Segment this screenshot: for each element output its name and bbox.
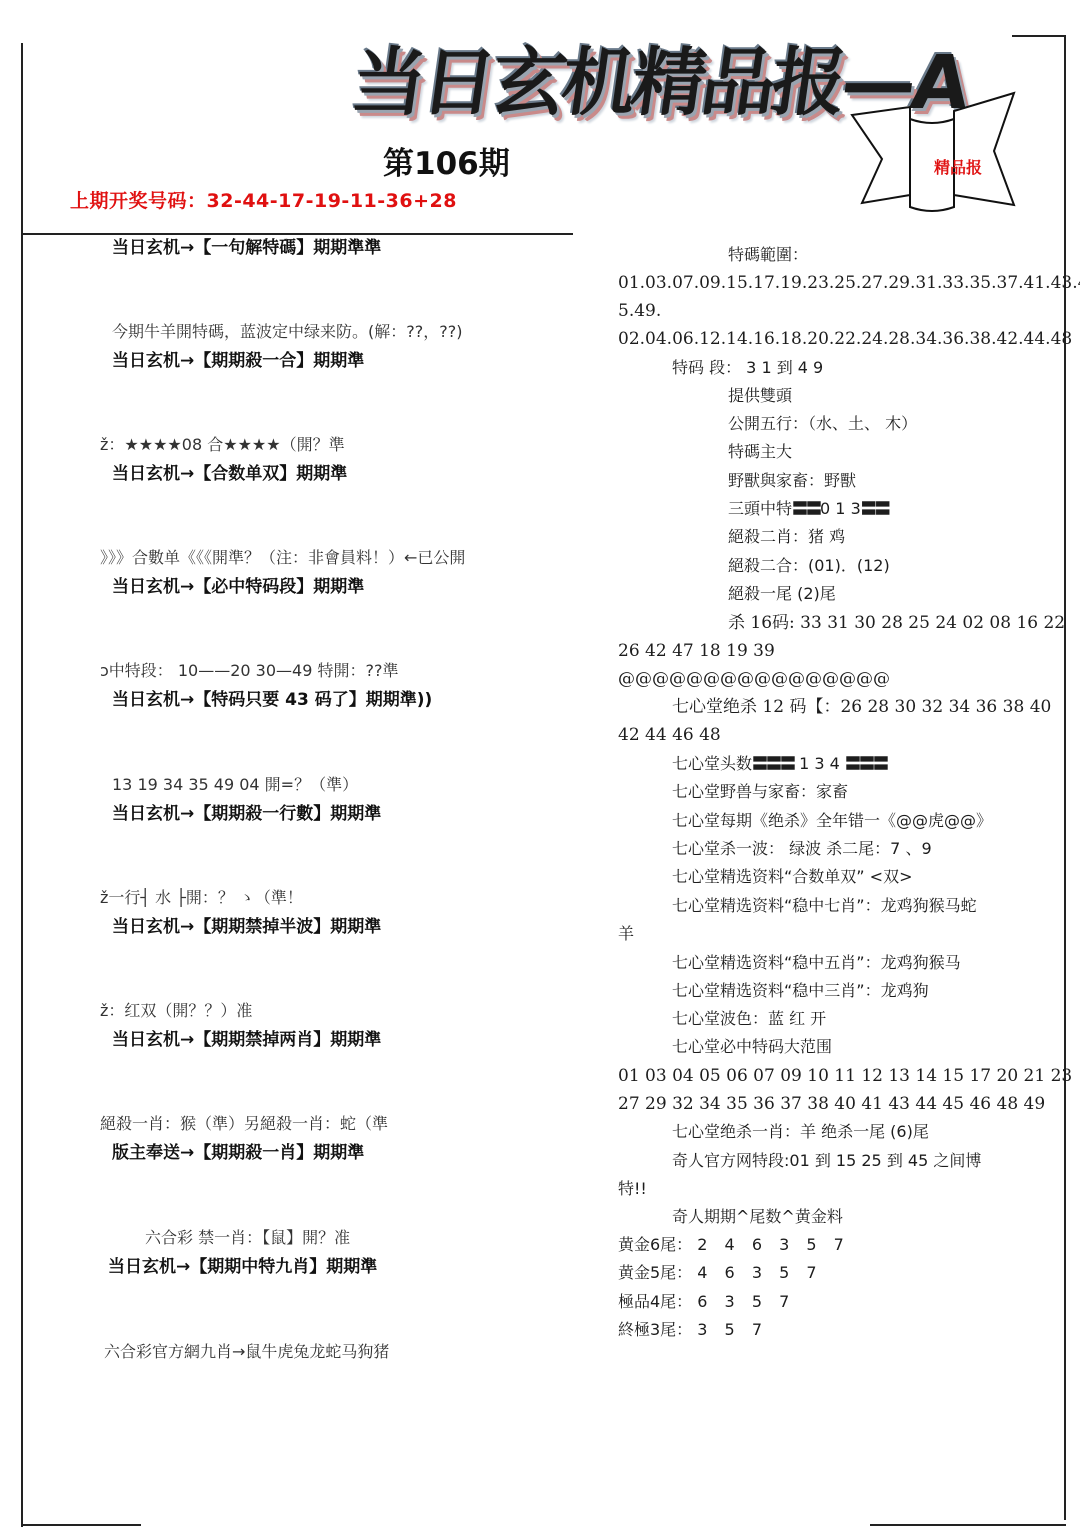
range-line: 01.03.07.09.15.17.19.23.25.27.29.31.33.3… bbox=[618, 271, 1080, 295]
kill16-line: 26 42 47 18 19 39 bbox=[618, 639, 775, 663]
left-item-note: 六合彩 禁一肖：【鼠】開？准 bbox=[145, 1226, 350, 1250]
qxt-odd-even: 七心堂精选资料“合数单双” <双> bbox=[672, 865, 912, 889]
qxt-three: 七心堂精选资料“稳中三肖”：龙鸡狗 bbox=[672, 979, 929, 1003]
left-item-note: 六合彩官方網九肖→鼠牛虎兔龙蛇马狗猪 bbox=[104, 1340, 389, 1364]
tail-value: 6 3 5 7 bbox=[697, 1292, 795, 1311]
left-item-note: ž：红双（開？？）准 bbox=[100, 999, 252, 1023]
left-item-title: 当日玄机→【一句解特碼】期期準準 bbox=[112, 236, 381, 260]
left-item-title: 当日玄机→【期期殺一行數】期期準 bbox=[112, 802, 381, 826]
qiren-segment: 奇人官方网特段:01 到 15 25 到 45 之间博 bbox=[672, 1149, 981, 1173]
tail-label: 極品4尾： bbox=[618, 1292, 692, 1311]
left-item-note: 今期牛羊開特碼，蓝波定中绿来防。(解：??，??) bbox=[112, 320, 462, 344]
kill-one-tail: 絕殺一尾 (2)尾 bbox=[728, 582, 836, 606]
head-number: 七心堂头数〓〓〓 1 3 4 〓〓〓 bbox=[672, 752, 887, 776]
frame-left-border bbox=[21, 43, 23, 1527]
header-divider bbox=[21, 233, 573, 235]
five-elements: 公開五行：（水、土、 木） bbox=[728, 412, 917, 436]
tail-value: 4 6 3 5 7 bbox=[697, 1263, 822, 1282]
frame-bottom-left-border bbox=[21, 1524, 141, 1526]
three-heads-value: 0 1 3 bbox=[820, 499, 861, 518]
segment: 特码 段： 3 1 到 4 9 bbox=[672, 356, 823, 380]
tail-row: 終極3尾： 3 5 7 bbox=[618, 1318, 768, 1342]
scroll-banner-icon bbox=[848, 85, 1018, 225]
tail-label: 黄金6尾： bbox=[618, 1235, 692, 1254]
frame-top-right-border bbox=[1012, 35, 1064, 37]
left-item-title: 当日玄机→【合数单双】期期準 bbox=[112, 462, 347, 486]
main-size: 特碼主大 bbox=[728, 440, 792, 464]
tail-row: 極品4尾： 6 3 5 7 bbox=[618, 1290, 795, 1314]
qxt-seven: 羊 bbox=[618, 922, 634, 946]
tail-value: 3 5 7 bbox=[697, 1320, 768, 1339]
left-item-note: 絕殺一肖：猴（準）另絕殺一肖：蛇（準 bbox=[100, 1112, 388, 1136]
bars-icon: 〓〓 bbox=[792, 497, 820, 521]
issue-title: 第106期 bbox=[383, 138, 510, 183]
left-item-title: 版主奉送→【期期殺一肖】期期準 bbox=[112, 1141, 364, 1165]
left-item-note: ž一行┤ 水 ├開：？ ゝ（準！ bbox=[100, 886, 303, 910]
tail-label: 黄金5尾： bbox=[618, 1263, 692, 1282]
frame-bottom-right-border bbox=[870, 1524, 1066, 1526]
bars-icon: 〓〓 bbox=[861, 497, 889, 521]
kill16-line: 杀 16码: 33 31 30 28 25 24 02 08 16 22 bbox=[728, 611, 1065, 635]
tail-label: 終極3尾： bbox=[618, 1320, 692, 1339]
left-item-note: 》》》合數单《《《開準？（注：非會員料！）←已公開 bbox=[100, 546, 465, 570]
qxt-wild: 七心堂野兽与家畜：家畜 bbox=[672, 780, 848, 804]
left-item-note: ɔ中特段： 10——20 30—49 特開：??準 bbox=[100, 659, 398, 683]
qxt-five: 七心堂精选资料“稳中五肖”：龙鸡狗猴马 bbox=[672, 951, 961, 975]
qxt-big-range: 27 29 32 34 35 36 37 38 40 41 43 44 45 4… bbox=[618, 1092, 1045, 1116]
kill-two-he: 絕殺二合：(01)．(12) bbox=[728, 554, 890, 578]
three-heads-label: 三頭中特 bbox=[728, 499, 792, 518]
bars-icon: 〓〓〓 bbox=[752, 752, 794, 776]
last-draw-result: 上期开奖号码：32-44-17-19-11-36+28 bbox=[70, 186, 457, 213]
last-draw-numbers: 32-44-17-19-11-36+28 bbox=[207, 190, 457, 212]
bars-icon: 〓〓〓 bbox=[845, 752, 887, 776]
range-line: 02.04.06.12.14.16.18.20.22.24.28.34.36.3… bbox=[618, 327, 1072, 351]
left-item-note: ž：★★★★08 合★★★★（開？準 bbox=[100, 433, 345, 457]
tail-row: 黄金6尾： 2 4 6 3 5 7 bbox=[618, 1233, 850, 1257]
qiren-segment: 特!! bbox=[618, 1177, 647, 1201]
last-draw-label: 上期开奖号码： bbox=[70, 190, 207, 212]
double-head: 提供雙頭 bbox=[728, 384, 792, 408]
kill-two-zodiac: 絕殺二肖：猪 鸡 bbox=[728, 525, 845, 549]
qxt-wave: 七心堂杀一波： 绿波 杀二尾：7 、9 bbox=[672, 837, 932, 861]
range-title: 特碼範圍： bbox=[728, 243, 808, 267]
left-item-title: 当日玄机→【期期禁掉两肖】期期準 bbox=[112, 1028, 381, 1052]
frame-right-border bbox=[1064, 35, 1066, 1520]
head-number-value: 1 3 4 bbox=[799, 754, 840, 773]
qxt-big-range-title: 七心堂必中特码大范围 bbox=[672, 1035, 832, 1059]
head-number-label: 七心堂头数 bbox=[672, 754, 752, 773]
left-item-note: 13 19 34 35 49 04 開=？（準） bbox=[112, 773, 358, 797]
left-item-title: 当日玄机→【必中特码段】期期準 bbox=[112, 575, 364, 599]
range-line: 5.49. bbox=[618, 299, 661, 323]
kill12-line: 七心堂绝杀 12 码【：26 28 30 32 34 36 38 40 bbox=[672, 695, 1051, 719]
tail-value: 2 4 6 3 5 7 bbox=[697, 1235, 850, 1254]
qxt-each: 七心堂每期《绝杀》全年错一《@@虎@@》 bbox=[672, 809, 992, 833]
qxt-kill-one: 七心堂绝杀一肖：羊 绝杀一尾 (6)尾 bbox=[672, 1120, 929, 1144]
qxt-color: 七心堂波色：蓝 红 开 bbox=[672, 1007, 826, 1031]
left-item-title: 当日玄机→【期期殺一合】期期準 bbox=[112, 349, 364, 373]
left-item-title: 当日玄机→【期期中特九肖】期期準 bbox=[108, 1255, 377, 1279]
qxt-big-range: 01 03 04 05 06 07 09 10 11 12 13 14 15 1… bbox=[618, 1064, 1072, 1088]
wild-domestic: 野獸與家畜：野獸 bbox=[728, 469, 856, 493]
three-heads: 三頭中特〓〓0 1 3〓〓 bbox=[728, 497, 889, 521]
kill12-line: 42 44 46 48 bbox=[618, 723, 721, 747]
left-item-title: 当日玄机→【特码只要 43 码了】期期準)) bbox=[112, 688, 432, 712]
tail-row: 黄金5尾： 4 6 3 5 7 bbox=[618, 1261, 823, 1285]
left-item-title: 当日玄机→【期期禁掉半波】期期準 bbox=[112, 915, 381, 939]
banner-label: 精品报 bbox=[934, 155, 982, 178]
qiren-tail-title: 奇人期期^尾数^黄金料 bbox=[672, 1205, 843, 1229]
at-divider: @@@@@@@@@@@@@@@@ bbox=[618, 667, 890, 691]
qxt-seven: 七心堂精选资料“稳中七肖”：龙鸡狗猴马蛇 bbox=[672, 894, 977, 918]
